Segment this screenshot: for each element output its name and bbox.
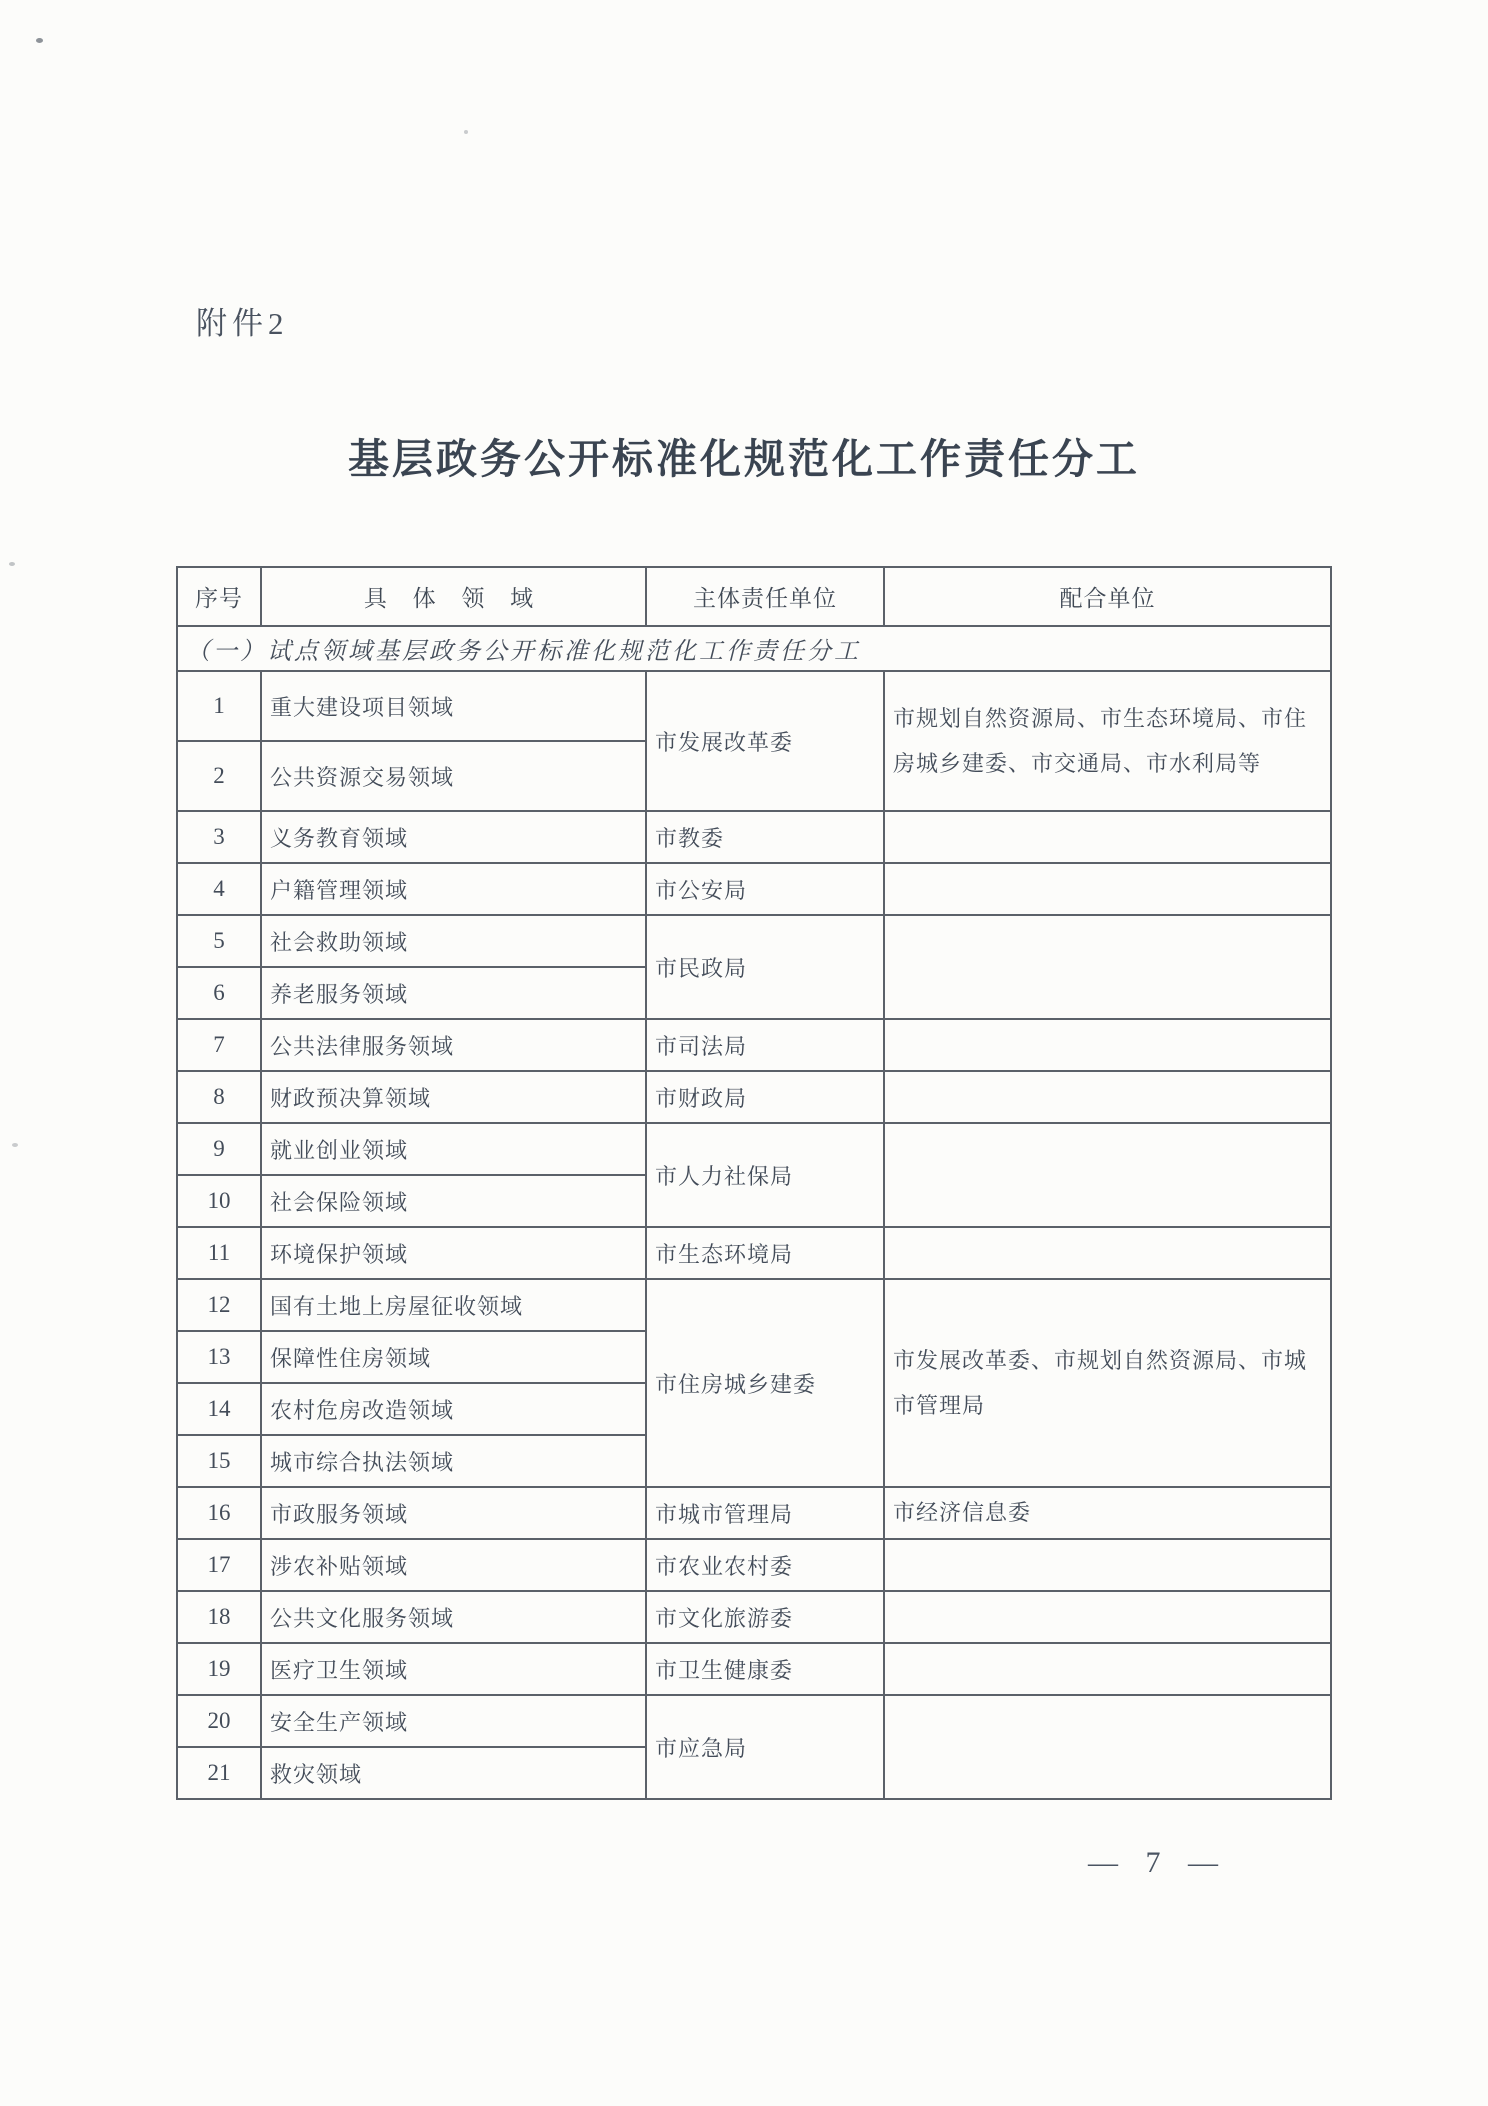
cell-field: 农村危房改造领域 bbox=[261, 1383, 646, 1435]
table-row: 4 户籍管理领域 市公安局 bbox=[177, 863, 1331, 915]
cell-no: 19 bbox=[177, 1643, 261, 1695]
table-row: 7 公共法律服务领域 市司法局 bbox=[177, 1019, 1331, 1071]
section-row: （一）试点领域基层政务公开标准化规范化工作责任分工 bbox=[177, 626, 1331, 671]
table-row: 1 重大建设项目领域 市发展改革委 市规划自然资源局、市生态环境局、市住房城乡建… bbox=[177, 671, 1331, 741]
cell-no: 11 bbox=[177, 1227, 261, 1279]
cell-field: 安全生产领域 bbox=[261, 1695, 646, 1747]
scanned-document-page: 附件2 基层政务公开标准化规范化工作责任分工 序号 具 体 领 域 主体责任单位… bbox=[0, 0, 1488, 2106]
cell-no: 13 bbox=[177, 1331, 261, 1383]
cell-primary: 市城市管理局 bbox=[646, 1487, 884, 1539]
cell-no: 5 bbox=[177, 915, 261, 967]
cell-primary: 市公安局 bbox=[646, 863, 884, 915]
cell-support bbox=[884, 1227, 1331, 1279]
cell-primary: 市教委 bbox=[646, 811, 884, 863]
cell-support: 市规划自然资源局、市生态环境局、市住房城乡建委、市交通局、市水利局等 bbox=[884, 671, 1331, 811]
scan-speck bbox=[9, 562, 15, 566]
cell-field: 养老服务领域 bbox=[261, 967, 646, 1019]
cell-field: 医疗卫生领域 bbox=[261, 1643, 646, 1695]
cell-support: 市发展改革委、市规划自然资源局、市城市管理局 bbox=[884, 1279, 1331, 1487]
cell-no: 4 bbox=[177, 863, 261, 915]
table-header-row: 序号 具 体 领 域 主体责任单位 配合单位 bbox=[177, 567, 1331, 626]
cell-support bbox=[884, 1019, 1331, 1071]
cell-primary: 市民政局 bbox=[646, 915, 884, 1019]
page-number: — 7 — bbox=[1088, 1846, 1228, 1880]
cell-primary: 市文化旅游委 bbox=[646, 1591, 884, 1643]
cell-no: 12 bbox=[177, 1279, 261, 1331]
cell-field: 财政预决算领域 bbox=[261, 1071, 646, 1123]
table-row: 9 就业创业领域 市人力社保局 bbox=[177, 1123, 1331, 1175]
table-row: 11 环境保护领域 市生态环境局 bbox=[177, 1227, 1331, 1279]
cell-support bbox=[884, 1071, 1331, 1123]
cell-no: 8 bbox=[177, 1071, 261, 1123]
cell-support: 市经济信息委 bbox=[884, 1487, 1331, 1539]
cell-support bbox=[884, 863, 1331, 915]
cell-field: 重大建设项目领域 bbox=[261, 671, 646, 741]
col-header-primary: 主体责任单位 bbox=[646, 567, 884, 626]
cell-field: 保障性住房领域 bbox=[261, 1331, 646, 1383]
cell-no: 21 bbox=[177, 1747, 261, 1799]
table-row: 5 社会救助领域 市民政局 bbox=[177, 915, 1331, 967]
cell-support bbox=[884, 1539, 1331, 1591]
table-row: 19 医疗卫生领域 市卫生健康委 bbox=[177, 1643, 1331, 1695]
cell-field: 城市综合执法领域 bbox=[261, 1435, 646, 1487]
cell-primary: 市人力社保局 bbox=[646, 1123, 884, 1227]
cell-support bbox=[884, 1123, 1331, 1227]
document-title: 基层政务公开标准化规范化工作责任分工 bbox=[0, 426, 1488, 485]
cell-no: 1 bbox=[177, 671, 261, 741]
cell-field: 涉农补贴领域 bbox=[261, 1539, 646, 1591]
cell-support bbox=[884, 1643, 1331, 1695]
cell-field: 市政服务领域 bbox=[261, 1487, 646, 1539]
cell-support bbox=[884, 811, 1331, 863]
cell-no: 7 bbox=[177, 1019, 261, 1071]
cell-no: 20 bbox=[177, 1695, 261, 1747]
cell-primary: 市农业农村委 bbox=[646, 1539, 884, 1591]
cell-field: 环境保护领域 bbox=[261, 1227, 646, 1279]
cell-no: 9 bbox=[177, 1123, 261, 1175]
cell-no: 17 bbox=[177, 1539, 261, 1591]
cell-no: 16 bbox=[177, 1487, 261, 1539]
cell-support bbox=[884, 1695, 1331, 1799]
cell-field: 国有土地上房屋征收领域 bbox=[261, 1279, 646, 1331]
cell-support bbox=[884, 915, 1331, 1019]
cell-no: 18 bbox=[177, 1591, 261, 1643]
attachment-label: 附件2 bbox=[196, 298, 289, 343]
section-title: （一）试点领域基层政务公开标准化规范化工作责任分工 bbox=[177, 626, 1331, 671]
cell-field: 户籍管理领域 bbox=[261, 863, 646, 915]
table-row: 17 涉农补贴领域 市农业农村委 bbox=[177, 1539, 1331, 1591]
cell-field: 义务教育领域 bbox=[261, 811, 646, 863]
table-row: 16 市政服务领域 市城市管理局 市经济信息委 bbox=[177, 1487, 1331, 1539]
cell-field: 社会保险领域 bbox=[261, 1175, 646, 1227]
table-row: 12 国有土地上房屋征收领域 市住房城乡建委 市发展改革委、市规划自然资源局、市… bbox=[177, 1279, 1331, 1331]
cell-primary: 市发展改革委 bbox=[646, 671, 884, 811]
table-row: 3 义务教育领域 市教委 bbox=[177, 811, 1331, 863]
cell-no: 6 bbox=[177, 967, 261, 1019]
cell-field: 就业创业领域 bbox=[261, 1123, 646, 1175]
cell-primary: 市司法局 bbox=[646, 1019, 884, 1071]
table-row: 18 公共文化服务领域 市文化旅游委 bbox=[177, 1591, 1331, 1643]
table-row: 8 财政预决算领域 市财政局 bbox=[177, 1071, 1331, 1123]
scan-speck bbox=[464, 130, 468, 134]
table-row: 20 安全生产领域 市应急局 bbox=[177, 1695, 1331, 1747]
cell-field: 公共文化服务领域 bbox=[261, 1591, 646, 1643]
col-header-field: 具 体 领 域 bbox=[261, 567, 646, 626]
cell-no: 14 bbox=[177, 1383, 261, 1435]
cell-primary: 市财政局 bbox=[646, 1071, 884, 1123]
col-header-support: 配合单位 bbox=[884, 567, 1331, 626]
cell-no: 10 bbox=[177, 1175, 261, 1227]
cell-primary: 市卫生健康委 bbox=[646, 1643, 884, 1695]
responsibility-table: 序号 具 体 领 域 主体责任单位 配合单位 （一）试点领域基层政务公开标准化规… bbox=[176, 566, 1332, 1800]
cell-support bbox=[884, 1591, 1331, 1643]
cell-primary: 市住房城乡建委 bbox=[646, 1279, 884, 1487]
cell-no: 2 bbox=[177, 741, 261, 811]
cell-primary: 市应急局 bbox=[646, 1695, 884, 1799]
cell-field: 公共资源交易领域 bbox=[261, 741, 646, 811]
cell-no: 3 bbox=[177, 811, 261, 863]
scan-speck bbox=[12, 1143, 18, 1147]
cell-field: 救灾领域 bbox=[261, 1747, 646, 1799]
cell-no: 15 bbox=[177, 1435, 261, 1487]
cell-field: 公共法律服务领域 bbox=[261, 1019, 646, 1071]
cell-field: 社会救助领域 bbox=[261, 915, 646, 967]
scan-speck bbox=[36, 38, 43, 43]
cell-primary: 市生态环境局 bbox=[646, 1227, 884, 1279]
col-header-no: 序号 bbox=[177, 567, 261, 626]
